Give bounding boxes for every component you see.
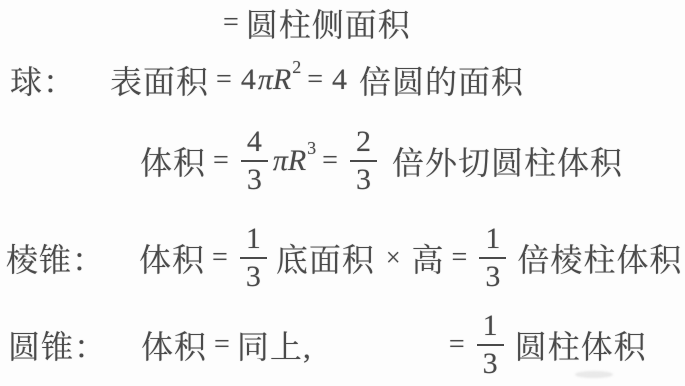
equals-sign: = xyxy=(213,145,229,177)
fraction-one-third: 1 3 xyxy=(240,221,267,295)
pi-symbol: π xyxy=(258,63,273,97)
formula-line-cone-volume: 圆锥： 体积 = 同上, = 1 3 圆柱体积 xyxy=(8,298,647,386)
cone-volume-rhs-text: 圆柱体积 xyxy=(515,322,647,368)
pyramid-label: 棱锥： xyxy=(6,235,105,281)
sphere-label: 球： xyxy=(10,57,76,103)
cone-label: 圆锥： xyxy=(8,322,107,368)
equals-sign: = xyxy=(216,64,232,96)
multiplication-sign: × xyxy=(386,243,401,273)
fraction-numerator: 1 xyxy=(477,308,504,344)
fraction-four-thirds: 4 3 xyxy=(241,124,268,198)
height-text: 高 xyxy=(412,235,445,281)
fraction-denominator: 3 xyxy=(240,257,267,295)
equals-sign: = xyxy=(212,242,228,274)
equals-sign: = xyxy=(452,242,468,274)
exponent-2: 2 xyxy=(292,57,301,78)
equals-sign: = xyxy=(214,329,230,361)
fraction-numerator: 4 xyxy=(241,124,268,160)
volume-name: 体积 xyxy=(141,322,207,368)
sphere-volume-rhs-text: 倍外切圆柱体积 xyxy=(392,138,623,184)
formula-line-sphere-volume: 体积 = 4 3 π R 3 = 2 3 倍外切圆柱体积 xyxy=(140,114,623,208)
equals-sign: = xyxy=(223,7,239,39)
fraction-one-third: 1 3 xyxy=(477,308,504,382)
cylinder-lateral-area-text: 圆柱侧面积 xyxy=(246,0,411,46)
volume-name: 体积 xyxy=(139,235,205,281)
surface-area-rhs-text: 倍圆的面积 xyxy=(359,57,524,103)
equals-sign: = xyxy=(449,329,465,361)
fraction-denominator: 3 xyxy=(350,160,377,198)
scan-smudge-artifact xyxy=(575,371,613,378)
fraction-denominator: 3 xyxy=(241,160,268,198)
pyramid-volume-rhs-text: 倍棱柱体积 xyxy=(517,235,682,281)
pi-symbol: π xyxy=(273,144,288,178)
fraction-two-thirds: 2 3 xyxy=(350,124,377,198)
factor-4: 4 xyxy=(332,63,347,97)
variable-R: R xyxy=(273,63,291,97)
fraction-one-third: 1 3 xyxy=(479,221,506,295)
exponent-3: 3 xyxy=(307,138,316,159)
formula-line-cylinder-lateral: = 圆柱侧面积 xyxy=(216,0,411,46)
volume-name: 体积 xyxy=(140,138,206,184)
surface-area-name: 表面积 xyxy=(110,57,209,103)
base-area-text: 底面积 xyxy=(276,235,375,281)
textbook-formula-page: = 圆柱侧面积 球： 表面积 = 4 π R 2 = 4 倍圆的面积 体积 = … xyxy=(0,0,685,386)
variable-R: R xyxy=(288,144,306,178)
formula-line-sphere-surface: 球： 表面积 = 4 π R 2 = 4 倍圆的面积 xyxy=(10,57,524,103)
equals-sign: = xyxy=(307,64,323,96)
same-as-above-text: 同上, xyxy=(237,322,312,368)
coefficient-4: 4 xyxy=(241,63,256,97)
fraction-denominator: 3 xyxy=(477,344,504,382)
equals-sign: = xyxy=(322,145,338,177)
fraction-numerator: 1 xyxy=(479,221,506,257)
formula-line-pyramid-volume: 棱锥： 体积 = 1 3 底面积 × 高 = 1 3 倍棱柱体积 xyxy=(6,211,682,305)
fraction-numerator: 2 xyxy=(350,124,377,160)
fraction-numerator: 1 xyxy=(240,221,267,257)
fraction-denominator: 3 xyxy=(479,257,506,295)
